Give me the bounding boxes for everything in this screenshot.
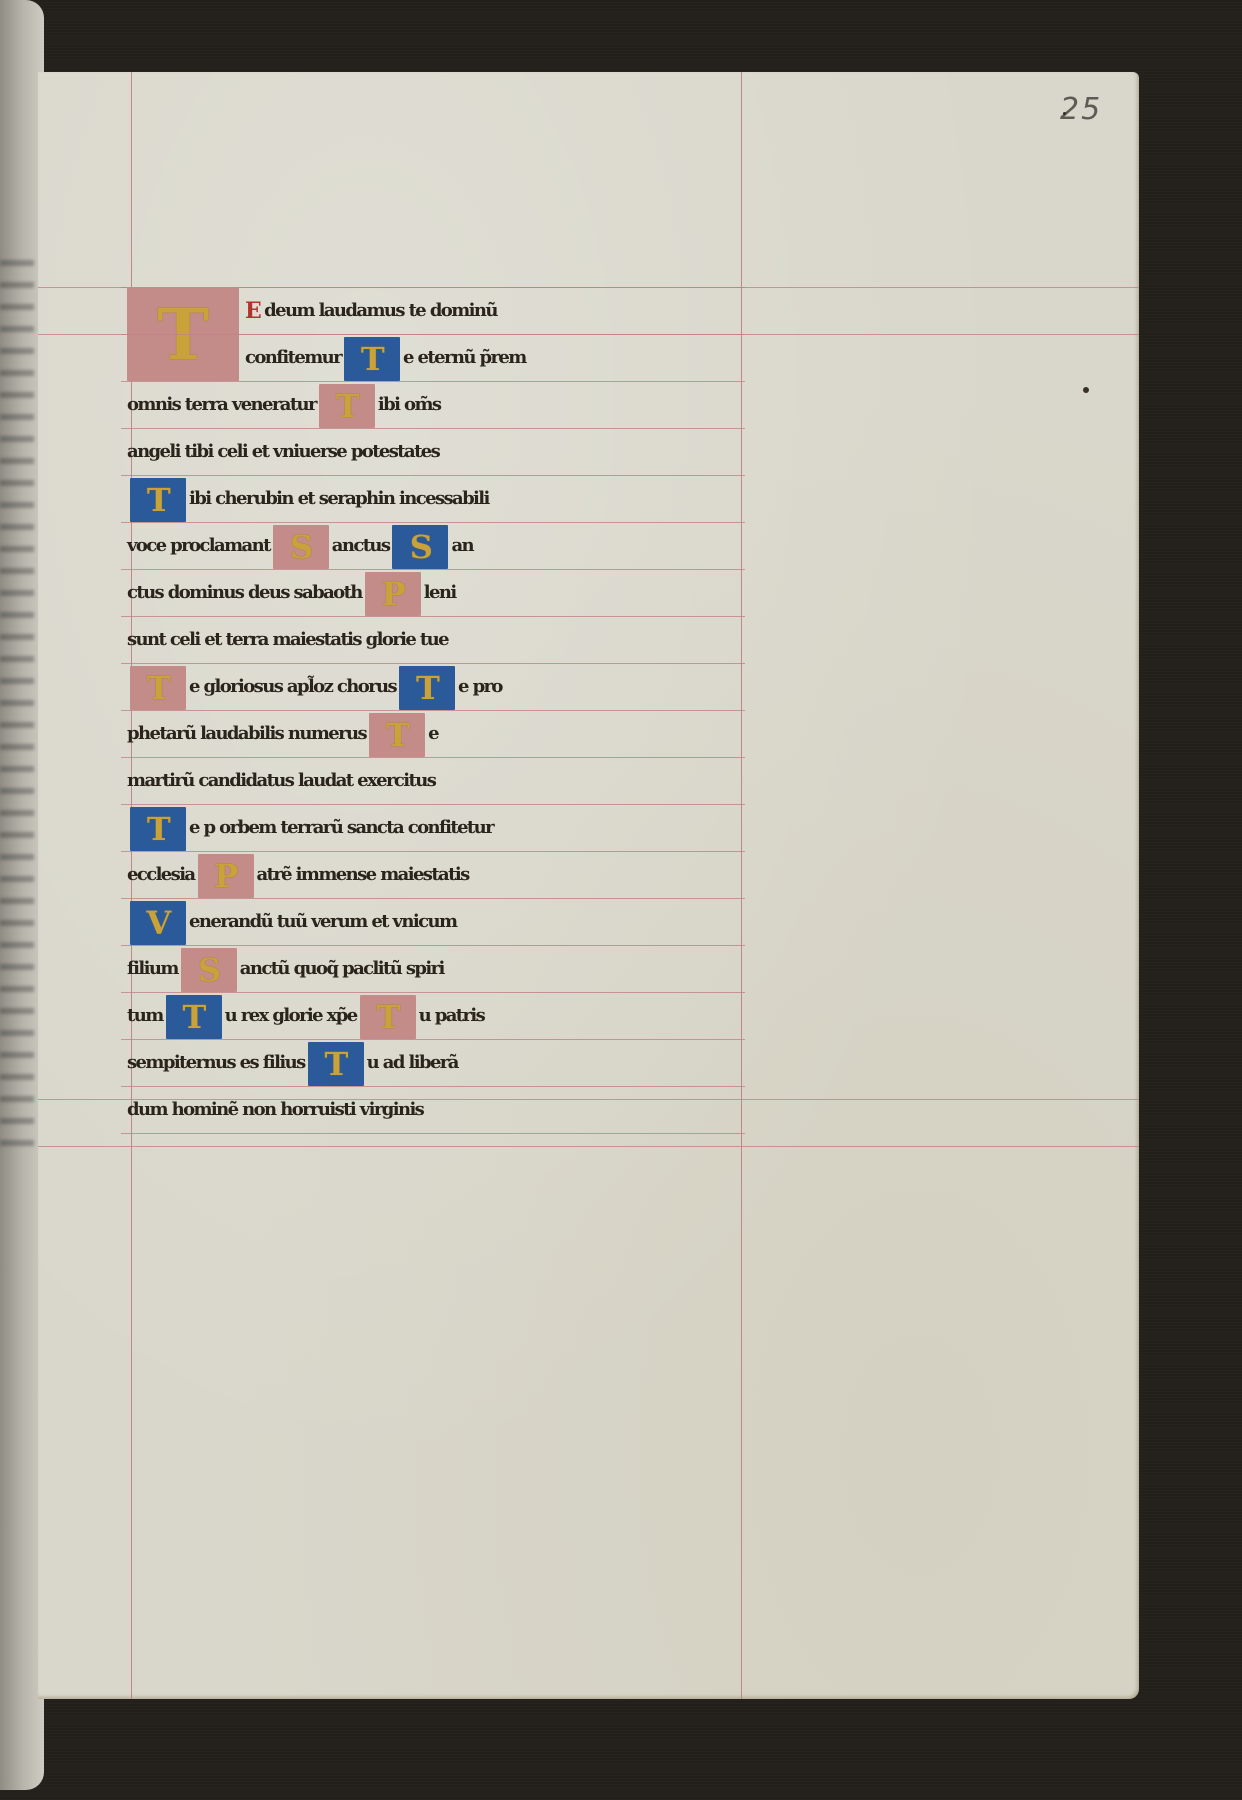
illuminated-initial-t: T xyxy=(344,337,400,381)
text-line: filiumSanctũ quoq̃ paclitũ spiri xyxy=(127,945,747,992)
text-line: sunt celi et terra maiestatis glorie tue xyxy=(127,616,747,663)
text-line: omnis terra veneraturTibi om̃s xyxy=(127,381,747,428)
illuminated-initial-s: S xyxy=(273,525,329,569)
text-segment: u rex glorie xp̃e xyxy=(225,996,357,1036)
text-segment: anctũ quoq̃ paclitũ spiri xyxy=(240,949,444,989)
text-segment: e xyxy=(428,714,438,754)
text-segment: ecclesia xyxy=(127,855,195,895)
illuminated-initial-s: S xyxy=(181,948,237,992)
text-segment: enerandũ tuũ verum et vnicum xyxy=(189,902,456,942)
illuminated-initial-t: T xyxy=(399,666,455,710)
text-segment: atrẽ immense maiestatis xyxy=(257,855,469,895)
text-segment: voce proclamant xyxy=(127,526,270,566)
illuminated-initial-t: T xyxy=(130,807,186,851)
text-segment: u patris xyxy=(419,996,485,1036)
text-segment: ibi cherubin et seraphin incessabili xyxy=(189,479,489,519)
text-segment: an xyxy=(451,526,473,566)
text-line: dum hominẽ non horruisti virginis xyxy=(127,1086,747,1133)
text-segment: confitemur xyxy=(245,338,341,378)
text-segment: ibi om̃s xyxy=(378,385,441,425)
text-line: Venerandũ tuũ verum et vnicum xyxy=(127,898,747,945)
text-segment: sempiternus es filius xyxy=(127,1043,305,1083)
text-line: martirũ candidatus laudat exercitus xyxy=(127,757,747,804)
ruling-bottom-2 xyxy=(38,1146,1139,1147)
text-line: Te p orbem terrarũ sancta confitetur xyxy=(127,804,747,851)
text-segment: filium xyxy=(127,949,178,989)
text-segment: omnis terra veneratur xyxy=(127,385,316,425)
illuminated-initial-t: T xyxy=(319,384,375,428)
text-line: ecclesiaPatrẽ immense maiestatis xyxy=(127,851,747,898)
text-segment: sunt celi et terra maiestatis glorie tue xyxy=(127,620,448,660)
text-line: sempiternus es filiusTu ad liberã xyxy=(127,1039,747,1086)
text-segment: e pro xyxy=(458,667,502,707)
text-segment: u ad liberã xyxy=(367,1043,458,1083)
text-segment: e gloriosus apl̃oz chorus xyxy=(189,667,396,707)
ink-speck xyxy=(1063,112,1066,115)
text-segment: tum xyxy=(127,996,163,1036)
illuminated-initial-t: T xyxy=(360,995,416,1039)
text-segment: e p orbem terrarũ sancta confitetur xyxy=(189,808,493,848)
text-segment: deum laudamus te dominũ xyxy=(264,291,497,331)
text-segment: phetarũ laudabilis numerus xyxy=(127,714,366,754)
illuminated-initial-p: P xyxy=(365,572,421,616)
text-line: ctus dominus deus sabaothPleni xyxy=(127,569,747,616)
folio-number: 25 xyxy=(1060,92,1102,127)
previous-leaf-text-bleed xyxy=(0,260,34,1160)
text-line: voce proclamantSanctusSan xyxy=(127,522,747,569)
rubric-letter: E xyxy=(245,291,260,331)
text-line: angeli tibi celi et vniuerse potestates xyxy=(127,428,747,475)
text-segment: dum hominẽ non horruisti virginis xyxy=(127,1090,423,1130)
line-ruling xyxy=(121,1133,745,1134)
illuminated-initial-t: T xyxy=(308,1042,364,1086)
text-segment: ctus dominus deus sabaoth xyxy=(127,573,362,613)
illuminated-initial-s: S xyxy=(392,525,448,569)
text-line: Tibi cherubin et seraphin incessabili xyxy=(127,475,747,522)
illuminated-initial-p: P xyxy=(198,854,254,898)
ink-speck xyxy=(1083,387,1089,393)
text-line: phetarũ laudabilis numerusTe xyxy=(127,710,747,757)
text-segment: e eternũ p̃rem xyxy=(403,338,526,378)
text-line: tumTu rex glorie xp̃eTu patris xyxy=(127,992,747,1039)
text-segment: anctus xyxy=(332,526,390,566)
illuminated-initial-t: T xyxy=(130,666,186,710)
text-segment: martirũ candidatus laudat exercitus xyxy=(127,761,435,801)
text-line: Edeum laudamus te dominũ xyxy=(127,287,747,334)
text-segment: leni xyxy=(424,573,456,613)
text-line: confitemurTe eternũ p̃rem xyxy=(127,334,747,381)
illuminated-initial-t: T xyxy=(130,478,186,522)
illuminated-initial-v: V xyxy=(130,901,186,945)
text-line: Te gloriosus apl̃oz chorusTe pro xyxy=(127,663,747,710)
illuminated-initial-t: T xyxy=(166,995,222,1039)
text-segment: angeli tibi celi et vniuerse potestates xyxy=(127,432,439,472)
illuminated-initial-t: T xyxy=(369,713,425,757)
